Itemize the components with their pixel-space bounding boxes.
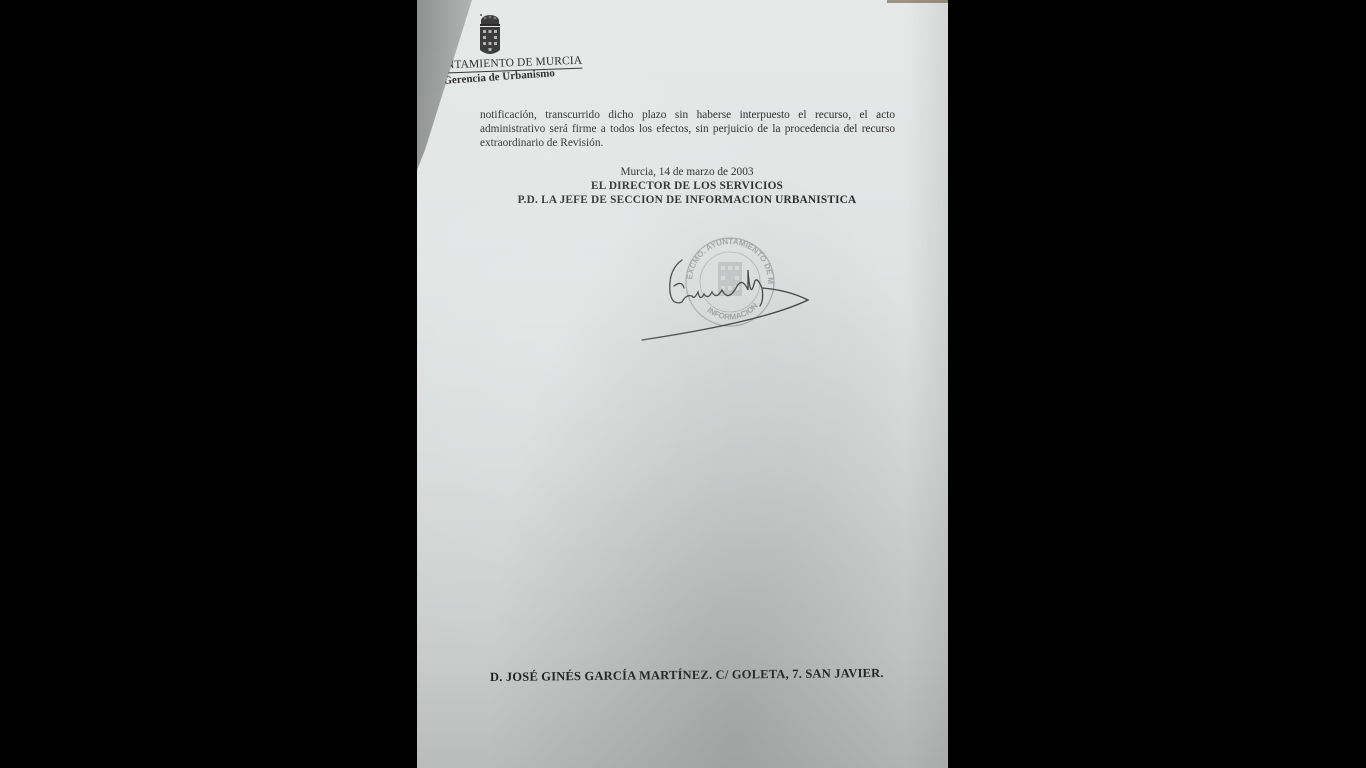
closing-block: Murcia, 14 de marzo de 2003 EL DIRECTOR … <box>477 165 897 207</box>
document-photo: YUNTAMIENTO DE MURCIA Gerencia de Urbani… <box>417 0 948 768</box>
place-date: Murcia, 14 de marzo de 2003 <box>477 165 897 179</box>
addressee-line: D. JOSÉ GINÉS GARCÍA MARTÍNEZ. C/ GOLETA… <box>490 666 884 685</box>
coat-of-arms-icon <box>475 12 505 60</box>
delegation-line: P.D. LA JEFE DE SECCION DE INFORMACION U… <box>477 193 897 207</box>
document-page: YUNTAMIENTO DE MURCIA Gerencia de Urbani… <box>417 0 948 768</box>
svg-text:EXCMO. AYUNTAMIENTO DE MURCIA: EXCMO. AYUNTAMIENTO DE MURCIA <box>612 230 775 284</box>
body-paragraph: notificación, transcurrido dicho plazo s… <box>480 108 895 150</box>
official-seal-icon: EXCMO. AYUNTAMIENTO DE MURCIA INFORMACIO… <box>612 230 775 326</box>
signature-and-stamp: EXCMO. AYUNTAMIENTO DE MURCIA INFORMACIO… <box>612 230 812 350</box>
table-edge <box>887 0 948 3</box>
signatory-title: EL DIRECTOR DE LOS SERVICIOS <box>477 179 897 193</box>
body-text: notificación, transcurrido dicho plazo s… <box>480 108 895 150</box>
